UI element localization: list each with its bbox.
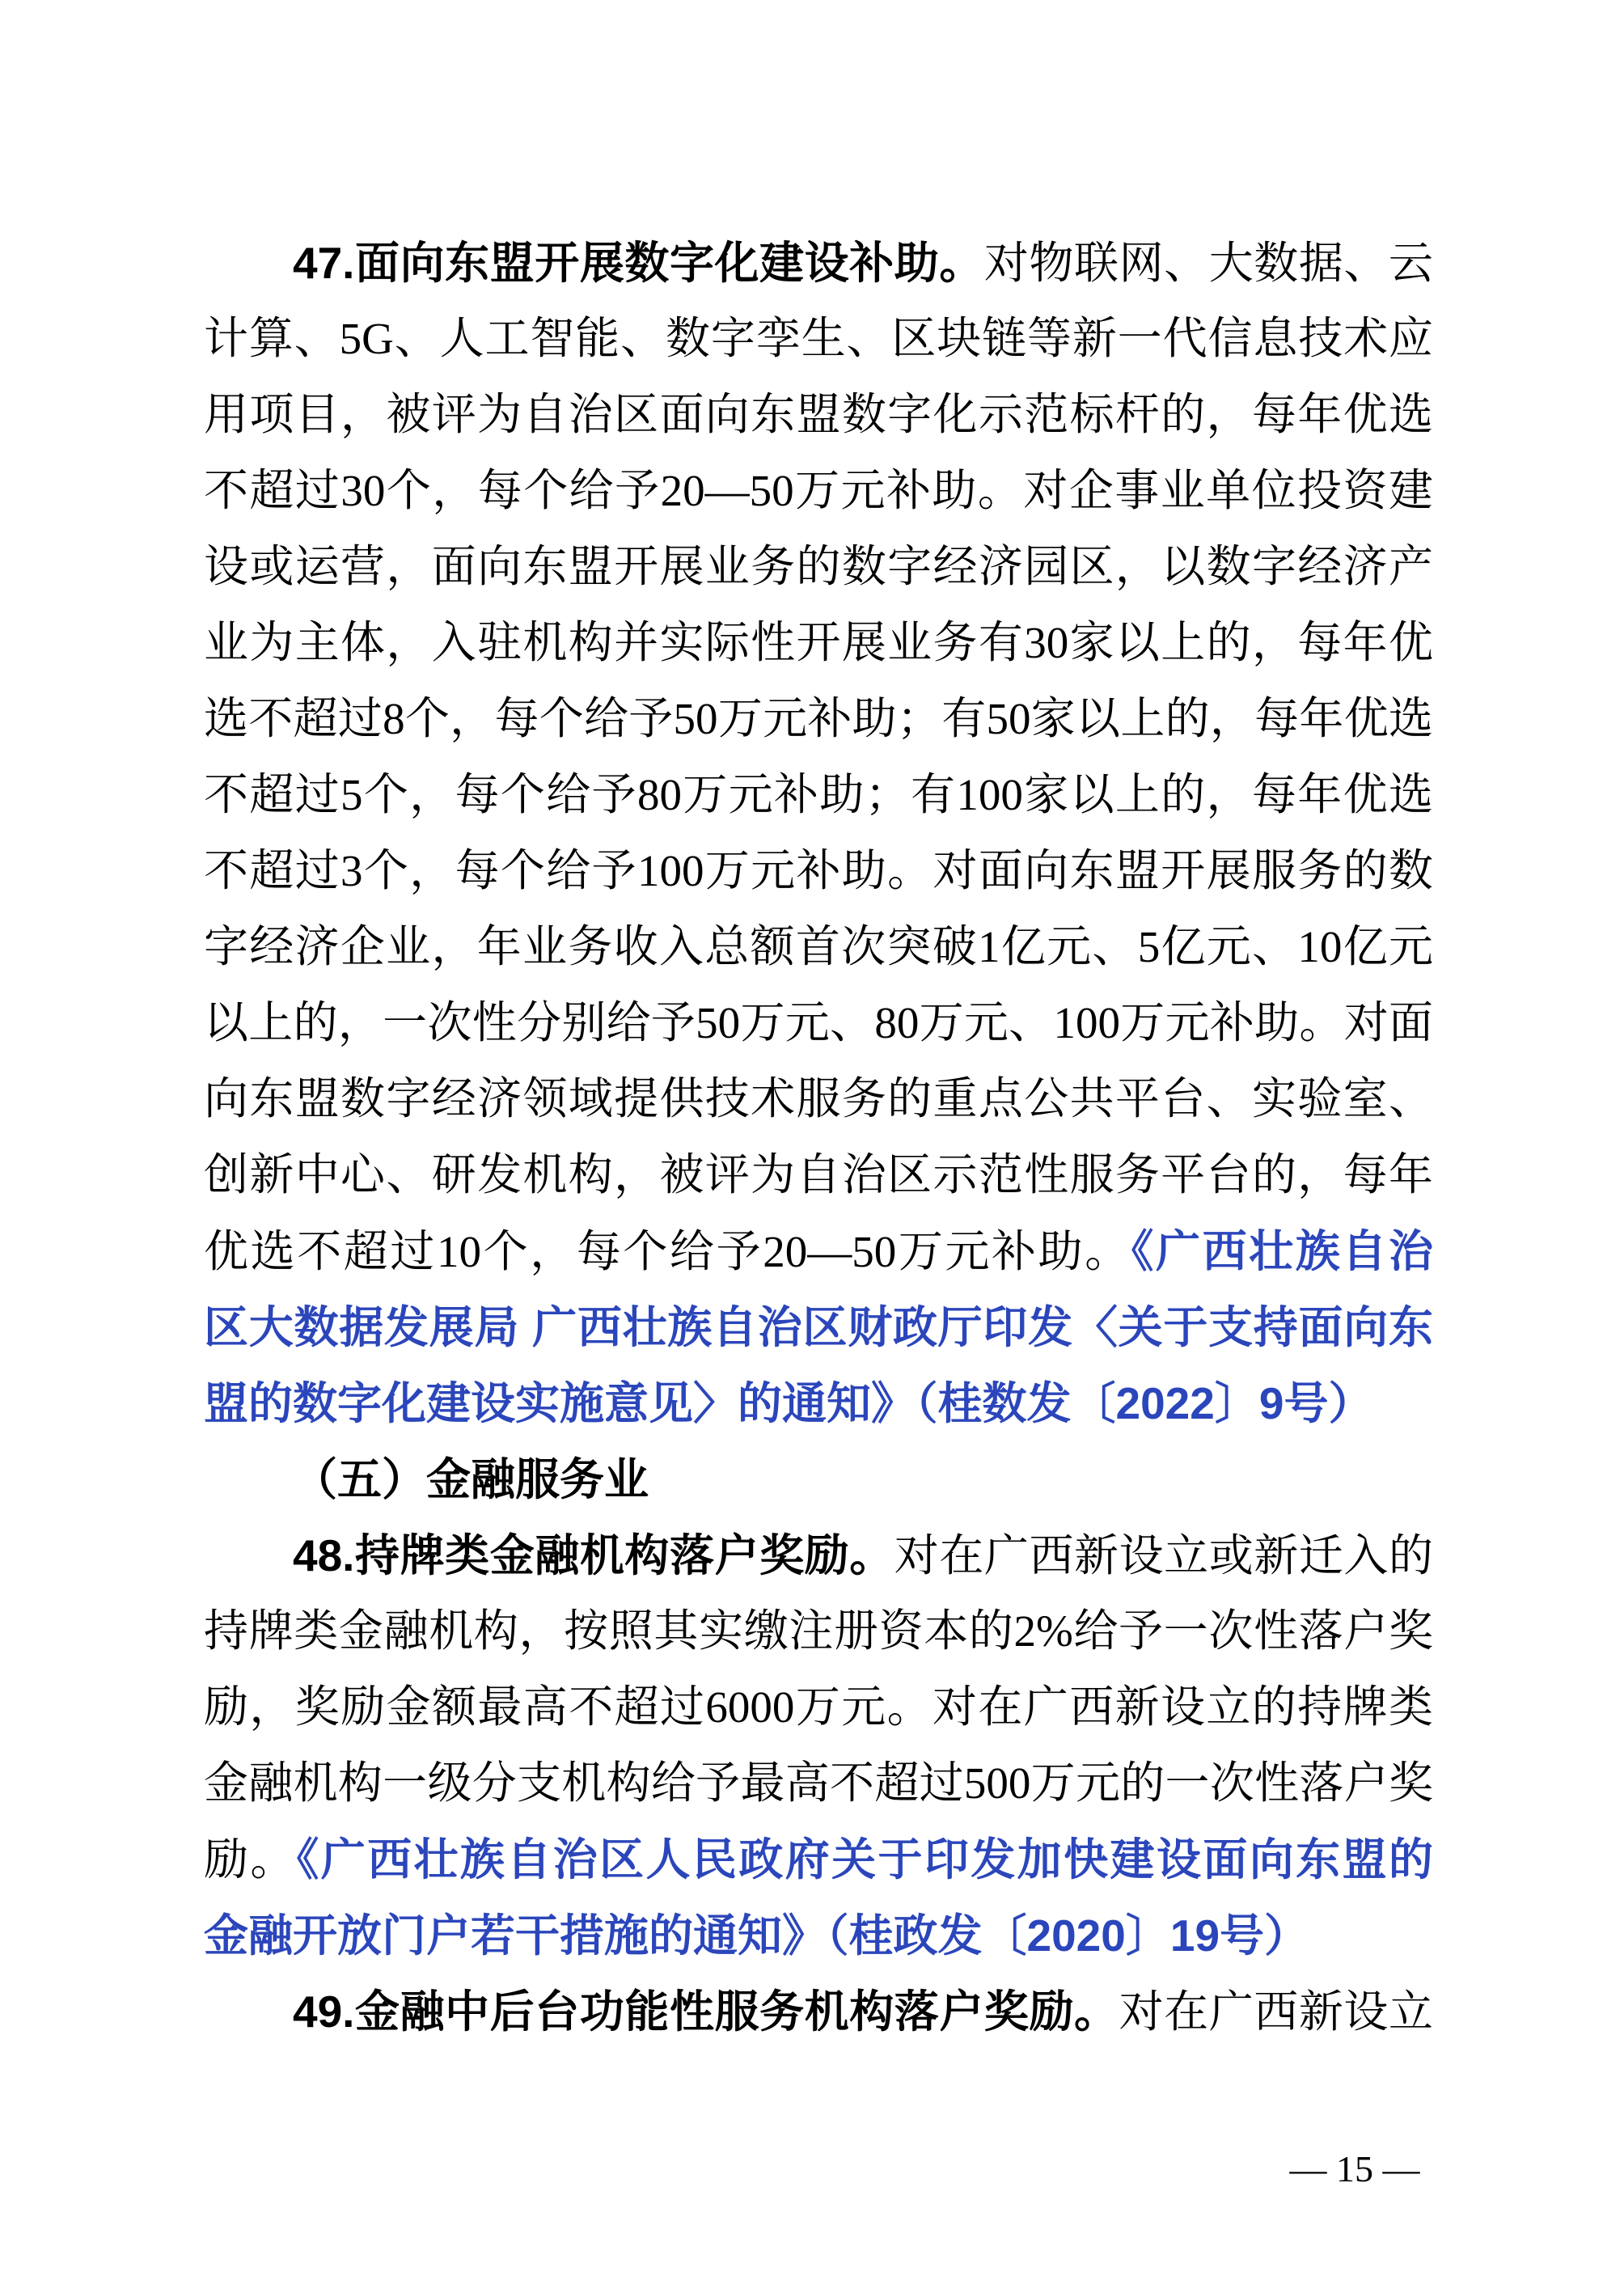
text-line: 47.面向东盟开展数字化建设补助。对物联网、大数据、云 xyxy=(204,225,1433,301)
text-line: （五）金融服务业 xyxy=(204,1441,1433,1517)
text-run-regular: 计算、5G、人工智能、数字孪生、区块链等新一代信息技术应 xyxy=(204,314,1433,363)
text-run-bold: （五）金融服务业 xyxy=(293,1454,649,1504)
text-line: 不超过5个，每个给予80万元补助；有100家以上的，每年优选 xyxy=(204,757,1433,833)
text-block: 47.面向东盟开展数字化建设补助。对物联网、大数据、云计算、5G、人工智能、数字… xyxy=(204,225,1433,2050)
text-line: 48.持牌类金融机构落户奖励。对在广西新设立或新迁入的 xyxy=(204,1517,1433,1593)
text-run-regular: 对物联网、大数据、云 xyxy=(984,239,1433,288)
text-run-citation: 盟的数字化建设实施意见〉的通知》（桂数发〔2022〕9号） xyxy=(204,1378,1372,1428)
text-line: 金融开放门户若干措施的通知》（桂政发〔2020〕19号） xyxy=(204,1897,1433,1974)
text-run-regular: 持牌类金融机构，按照其实缴注册资本的2%给予一次性落户奖 xyxy=(204,1606,1433,1656)
text-run-regular: 对在广西新设立 xyxy=(1119,1987,1433,2037)
text-line: 选不超过8个，每个给予50万元补助；有50家以上的，每年优选 xyxy=(204,681,1433,757)
text-line: 不超过3个，每个给予100万元补助。对面向东盟开展服务的数 xyxy=(204,833,1433,909)
text-run-regular: 金融机构一级分支机构给予最高不超过500万元的一次性落户奖 xyxy=(204,1758,1433,1808)
text-run-regular: 不超过5个，每个给予80万元补助；有100家以上的，每年优选 xyxy=(204,770,1433,819)
text-line: 励，奖励金额最高不超过6000万元。对在广西新设立的持牌类 xyxy=(204,1669,1433,1745)
text-run-citation: 《广西壮族自治 xyxy=(1131,1226,1433,1276)
text-run-citation: 区大数据发展局 广西壮族自治区财政厅印发〈关于支持面向东 xyxy=(204,1302,1433,1352)
text-run-bold: 49.金融中后台功能性服务机构落户奖励。 xyxy=(293,1986,1119,2037)
text-line: 不超过30个，每个给予20—50万元补助。对企事业单位投资建 xyxy=(204,453,1433,529)
text-line: 金融机构一级分支机构给予最高不超过500万元的一次性落户奖 xyxy=(204,1745,1433,1821)
page-number: — 15 — xyxy=(1262,2148,1448,2190)
text-line: 创新中心、研发机构，被评为自治区示范性服务平台的，每年 xyxy=(204,1137,1433,1213)
text-run-regular: 励。 xyxy=(204,1835,297,1885)
text-line: 用项目，被评为自治区面向东盟数字化示范标杆的，每年优选 xyxy=(204,377,1433,453)
text-line: 字经济企业，年业务收入总额首次突破1亿元、5亿元、10亿元 xyxy=(204,909,1433,985)
text-run-regular: 字经济企业，年业务收入总额首次突破1亿元、5亿元、10亿元 xyxy=(204,922,1433,971)
text-line: 业为主体，入驻机构并实际性开展业务有30家以上的，每年优 xyxy=(204,605,1433,681)
text-line: 优选不超过10个，每个给予20—50万元补助。《广西壮族自治 xyxy=(204,1213,1433,1289)
text-run-bold: 48.持牌类金融机构落户奖励。 xyxy=(293,1530,894,1580)
text-line: 区大数据发展局 广西壮族自治区财政厅印发〈关于支持面向东 xyxy=(204,1289,1433,1365)
text-line: 励。《广西壮族自治区人民政府关于印发加快建设面向东盟的 xyxy=(204,1821,1433,1897)
text-run-citation: 金融开放门户若干措施的通知》（桂政发〔2020〕19号） xyxy=(204,1910,1309,1961)
text-run-regular: 创新中心、研发机构，被评为自治区示范性服务平台的，每年 xyxy=(204,1150,1433,1199)
text-line: 以上的，一次性分别给予50万元、80万元、100万元补助。对面 xyxy=(204,985,1433,1061)
text-run-regular: 对在广西新设立或新迁入的 xyxy=(894,1531,1433,1580)
text-run-regular: 选不超过8个，每个给予50万元补助；有50家以上的，每年优选 xyxy=(204,694,1433,743)
text-line: 49.金融中后台功能性服务机构落户奖励。对在广西新设立 xyxy=(204,1974,1433,2050)
document-page: 47.面向东盟开展数字化建设补助。对物联网、大数据、云计算、5G、人工智能、数字… xyxy=(0,0,1624,2293)
text-line: 盟的数字化建设实施意见〉的通知》（桂数发〔2022〕9号） xyxy=(204,1365,1433,1441)
text-run-regular: 不超过3个，每个给予100万元补助。对面向东盟开展服务的数 xyxy=(204,846,1433,895)
text-run-regular: 不超过30个，每个给予20—50万元补助。对企事业单位投资建 xyxy=(204,466,1433,515)
text-run-regular: 以上的，一次性分别给予50万元、80万元、100万元补助。对面 xyxy=(204,998,1433,1047)
text-run-regular: 用项目，被评为自治区面向东盟数字化示范标杆的，每年优选 xyxy=(204,390,1433,439)
text-run-bold: 47.面向东盟开展数字化建设补助。 xyxy=(293,238,984,288)
text-line: 向东盟数字经济领域提供技术服务的重点公共平台、实验室、 xyxy=(204,1061,1433,1137)
text-run-citation: 《广西壮族自治区人民政府关于印发加快建设面向东盟的 xyxy=(297,1834,1433,1885)
text-line: 设或运营，面向东盟开展业务的数字经济园区，以数字经济产 xyxy=(204,529,1433,605)
text-run-regular: 向东盟数字经济领域提供技术服务的重点公共平台、实验室、 xyxy=(204,1074,1433,1123)
text-line: 持牌类金融机构，按照其实缴注册资本的2%给予一次性落户奖 xyxy=(204,1593,1433,1669)
text-line: 计算、5G、人工智能、数字孪生、区块链等新一代信息技术应 xyxy=(204,301,1433,377)
text-run-regular: 设或运营，面向东盟开展业务的数字经济园区，以数字经济产 xyxy=(204,542,1433,591)
text-run-regular: 业为主体，入驻机构并实际性开展业务有30家以上的，每年优 xyxy=(204,618,1433,667)
text-run-regular: 优选不超过10个，每个给予20—50万元补助。 xyxy=(204,1227,1131,1276)
text-run-regular: 励，奖励金额最高不超过6000万元。对在广西新设立的持牌类 xyxy=(204,1682,1433,1732)
